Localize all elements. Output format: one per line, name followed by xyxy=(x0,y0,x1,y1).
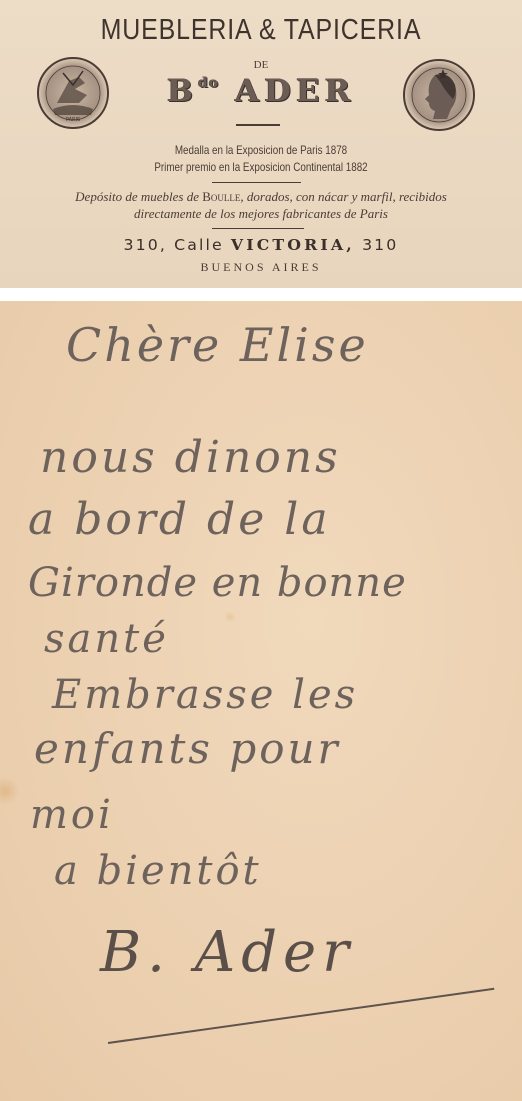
divider-2 xyxy=(212,182,301,183)
city: BUENOS AIRES xyxy=(0,260,522,275)
address-line: 310, Calle VICTORIA, 310 xyxy=(0,236,522,254)
address-street-prefix: Calle xyxy=(174,236,224,254)
description-line-1: Depósito de muebles de Boulle, dorados, … xyxy=(0,189,522,205)
handwritten-line-6: Embrasse les xyxy=(52,672,358,718)
owner-prefix-sup: do xyxy=(198,75,219,91)
owner-surname: ADER xyxy=(235,73,355,109)
business-title: MUEBLERIA & TAPICERIA xyxy=(37,14,486,47)
description-brand: Boulle xyxy=(202,189,240,204)
award-line-1: Medalla en la Exposicion de Paris 1878 xyxy=(47,143,475,157)
description-line-2: directamente de los mejores fabricantes … xyxy=(0,206,522,222)
address-number-left: 310, xyxy=(124,236,167,254)
address-street-name: VICTORIA, xyxy=(231,236,355,254)
divider-1 xyxy=(236,124,280,126)
business-card-front: MUEBLERIA & TAPICERIA DE Bdo ADER PARIS … xyxy=(0,0,522,288)
handwritten-line-5: santé xyxy=(44,616,169,662)
owner-prefix: B xyxy=(167,73,198,109)
handwritten-line-9: a bientôt xyxy=(54,848,262,894)
address-number-right: 310 xyxy=(362,236,398,254)
handwritten-line-7: enfants pour xyxy=(34,724,341,773)
svg-text:PARIS: PARIS xyxy=(66,117,80,123)
description-text-b: , dorados, con nácar y marfil, recibidos xyxy=(240,189,446,204)
handwritten-line-3: a bord de la xyxy=(28,494,331,545)
handwritten-line-4: Gironde en bonne xyxy=(28,560,407,606)
award-line-2: Primer premio en la Exposicion Continent… xyxy=(47,160,475,174)
handwritten-line-2: nous dinons xyxy=(40,432,341,483)
coin-engraving-icon xyxy=(405,61,473,129)
handwritten-line-1: Chère Elise xyxy=(66,318,369,372)
description-text-a: Depósito de muebles de xyxy=(75,189,202,204)
marianne-coin-icon xyxy=(403,59,475,131)
signature: B. Ader xyxy=(100,920,355,985)
divider-3 xyxy=(212,228,304,229)
exposition-medal-icon: PARIS xyxy=(37,57,109,129)
medal-engraving-icon: PARIS xyxy=(39,59,107,127)
handwritten-line-8: moi xyxy=(30,792,114,838)
